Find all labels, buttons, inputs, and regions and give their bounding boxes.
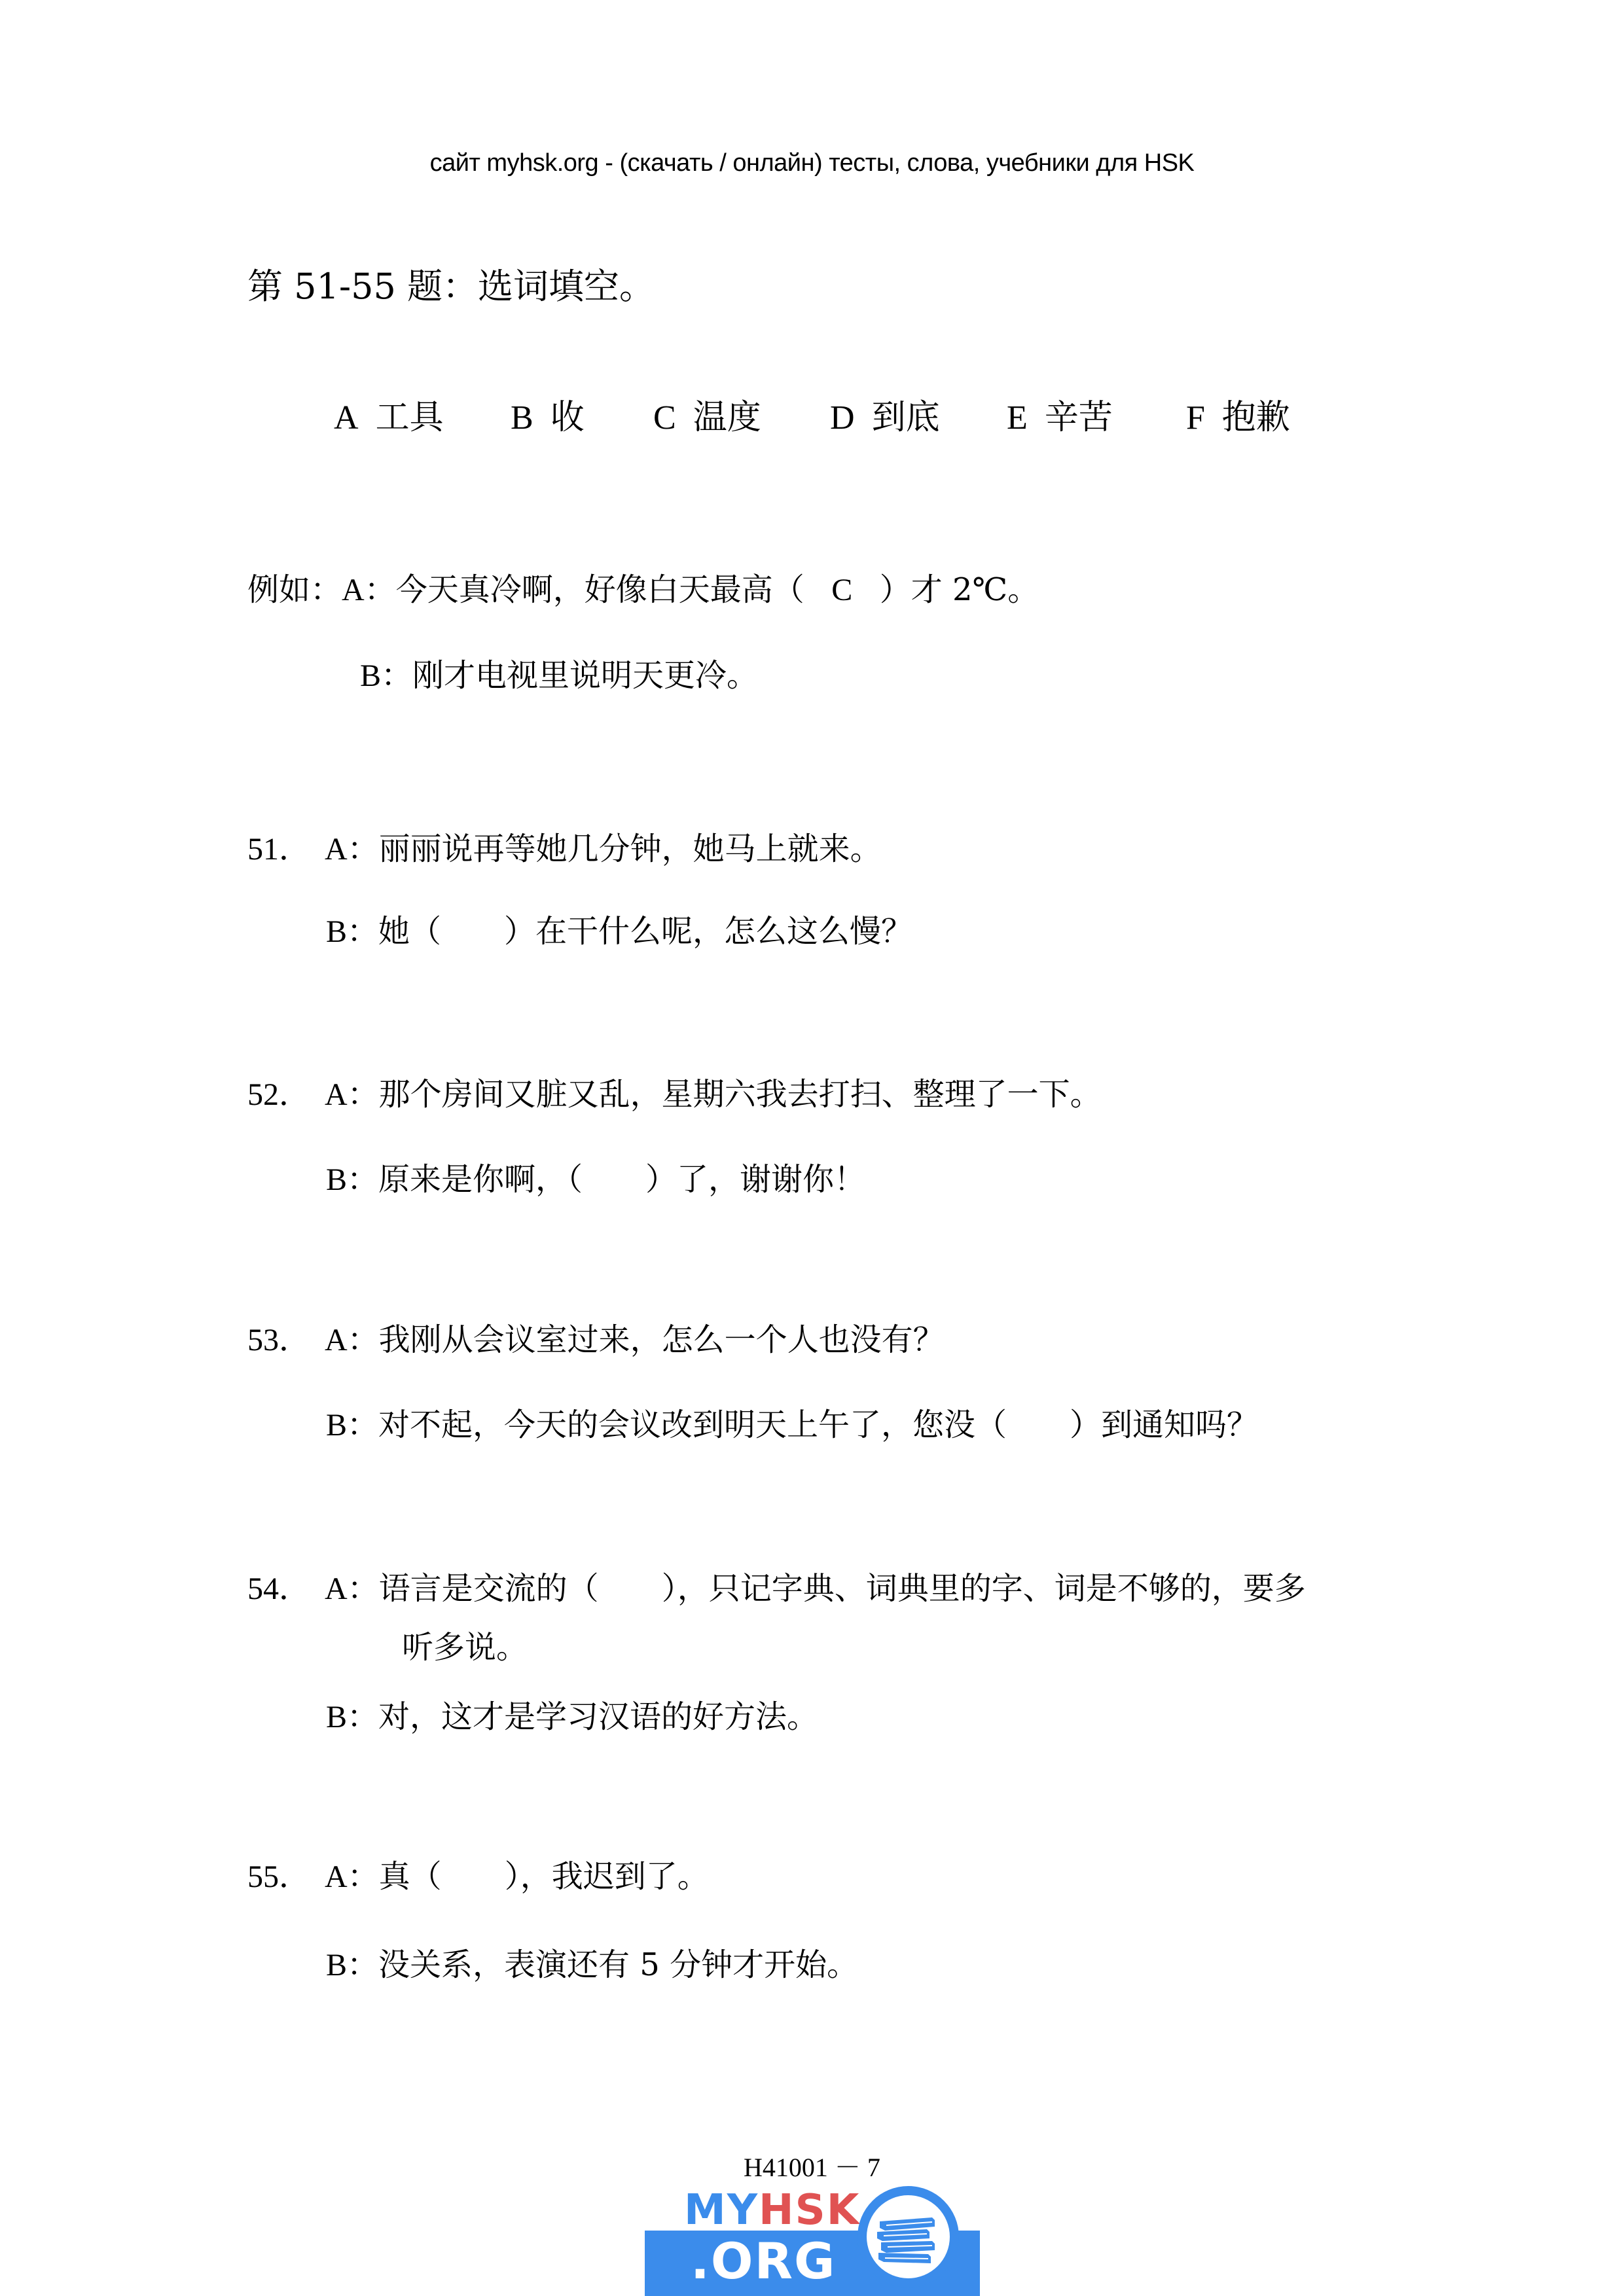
question-b-text: 没关系，表演还有 5 分钟才开始。 bbox=[378, 1946, 858, 1983]
question-a-after: ），我迟到了。 bbox=[505, 1858, 709, 1895]
question-a-continuation: 听多说。 bbox=[402, 1629, 528, 1666]
speaker-b: B： bbox=[326, 1408, 378, 1443]
option-letter: E bbox=[1007, 399, 1028, 437]
question-number: 54． bbox=[247, 1563, 325, 1608]
question-53-line-a: 53．A：我刚从会议室过来，怎么一个人也没有？ bbox=[247, 1314, 945, 1359]
option-e: E辛苦 bbox=[1007, 389, 1113, 439]
question-a-after: ），只记字典、词典里的字、词是不够的，要多 bbox=[662, 1570, 1306, 1607]
option-letter: C bbox=[653, 399, 676, 437]
option-letter: D bbox=[830, 399, 855, 437]
option-word: 辛苦 bbox=[1045, 398, 1113, 437]
site-header-text: сайт myhsk.org - (скачать / онлайн) тест… bbox=[0, 149, 1624, 177]
example-answer: C bbox=[804, 572, 880, 608]
page-footer-code: H41001 － 7 bbox=[0, 2147, 1624, 2184]
speaker-b: B： bbox=[326, 1162, 378, 1197]
logo-wordmark: MYHSK bbox=[684, 2186, 860, 2234]
question-b-before: 对不起，今天的会议改到明天上午了，您没（ bbox=[378, 1407, 1007, 1443]
question-54-line-a: 54．A：语言是交流的（），只记字典、词典里的字、词是不够的，要多 bbox=[247, 1563, 1306, 1608]
question-number: 55． bbox=[247, 1851, 325, 1896]
speaker-a: A： bbox=[325, 1077, 379, 1112]
option-word: 收 bbox=[550, 398, 585, 437]
example-line-b: B：刚才电视里说明天更冷。 bbox=[360, 650, 758, 695]
option-letter: B bbox=[511, 399, 533, 437]
option-b: B收 bbox=[511, 389, 585, 439]
logo-my: MY bbox=[684, 2186, 759, 2234]
question-54-line-a-continuation: 听多说。 bbox=[402, 1622, 528, 1667]
example-text-after: ）才 2℃。 bbox=[880, 571, 1039, 608]
question-51-line-a: 51．A：丽丽说再等她几分钟，她马上就来。 bbox=[247, 823, 882, 869]
option-word: 抱歉 bbox=[1222, 398, 1290, 437]
example-b-text: 刚才电视里说明天更冷。 bbox=[412, 657, 758, 694]
question-a-before: 语言是交流的（ bbox=[379, 1570, 599, 1607]
speaker-b: B： bbox=[326, 1700, 378, 1734]
example-label: 例如： bbox=[247, 571, 342, 608]
option-a: A工具 bbox=[334, 389, 444, 439]
question-54-line-b: B：对，这才是学习汉语的好方法。 bbox=[326, 1691, 818, 1736]
section-title: 第 51-55 题：选词填空。 bbox=[247, 259, 655, 309]
question-55-line-b: B：没关系，表演还有 5 分钟才开始。 bbox=[326, 1939, 858, 1984]
question-b-after: ）在干什么呢，怎么这么慢？ bbox=[504, 913, 912, 950]
option-letter: A bbox=[334, 399, 359, 437]
question-b-text: 对，这才是学习汉语的好方法。 bbox=[378, 1698, 818, 1735]
logo-org: .ORG bbox=[691, 2232, 836, 2290]
question-55-line-a: 55．A：真（），我迟到了。 bbox=[247, 1851, 709, 1896]
speaker-a: A： bbox=[325, 832, 379, 867]
question-a-text: 我刚从会议室过来，怎么一个人也没有？ bbox=[379, 1321, 945, 1358]
example-text-before: 今天真冷啊，好像白天最高（ bbox=[396, 571, 804, 608]
question-number: 52． bbox=[247, 1069, 325, 1114]
option-word: 工具 bbox=[376, 398, 444, 437]
speaker-b: B： bbox=[360, 658, 412, 693]
speaker-b: B： bbox=[326, 1948, 378, 1982]
speaker-a: A： bbox=[325, 1859, 379, 1894]
question-52-line-a: 52．A：那个房间又脏又乱，星期六我去打扫、整理了一下。 bbox=[247, 1069, 1102, 1114]
question-number: 53． bbox=[247, 1314, 325, 1359]
example-line-a: 例如：A：今天真冷啊，好像白天最高（C）才 2℃。 bbox=[247, 564, 1039, 609]
option-letter: F bbox=[1186, 399, 1205, 437]
question-number: 51． bbox=[247, 823, 325, 869]
option-c: C温度 bbox=[653, 389, 761, 439]
speaker-a: A： bbox=[325, 1571, 379, 1606]
option-f: F抱歉 bbox=[1186, 389, 1290, 439]
question-53-line-b: B：对不起，今天的会议改到明天上午了，您没（）到通知吗？ bbox=[326, 1399, 1258, 1444]
question-a-before: 真（ bbox=[379, 1858, 442, 1895]
option-word: 到底 bbox=[872, 398, 940, 437]
question-52-line-b: B：原来是你啊，（）了，谢谢你！ bbox=[326, 1154, 865, 1199]
question-a-text: 那个房间又脏又乱，星期六我去打扫、整理了一下。 bbox=[379, 1076, 1102, 1113]
option-d: D到底 bbox=[830, 389, 940, 439]
question-b-after: ）到通知吗？ bbox=[1070, 1407, 1258, 1443]
logo-hsk: HSK bbox=[759, 2186, 860, 2234]
books-stack-icon bbox=[857, 2186, 959, 2287]
speaker-a: A： bbox=[325, 1323, 379, 1357]
question-b-before: 她（ bbox=[378, 913, 441, 950]
question-a-text: 丽丽说再等她几分钟，她马上就来。 bbox=[379, 831, 882, 867]
myhsk-logo[interactable]: MYHSK .ORG bbox=[645, 2186, 985, 2296]
speaker-b: B： bbox=[326, 914, 378, 949]
question-51-line-b: B：她（）在干什么呢，怎么这么慢？ bbox=[326, 906, 912, 951]
question-b-after: ）了，谢谢你！ bbox=[645, 1161, 865, 1198]
question-b-before: 原来是你啊，（ bbox=[378, 1161, 583, 1198]
speaker-a: A： bbox=[342, 573, 396, 607]
option-word: 温度 bbox=[693, 398, 761, 437]
